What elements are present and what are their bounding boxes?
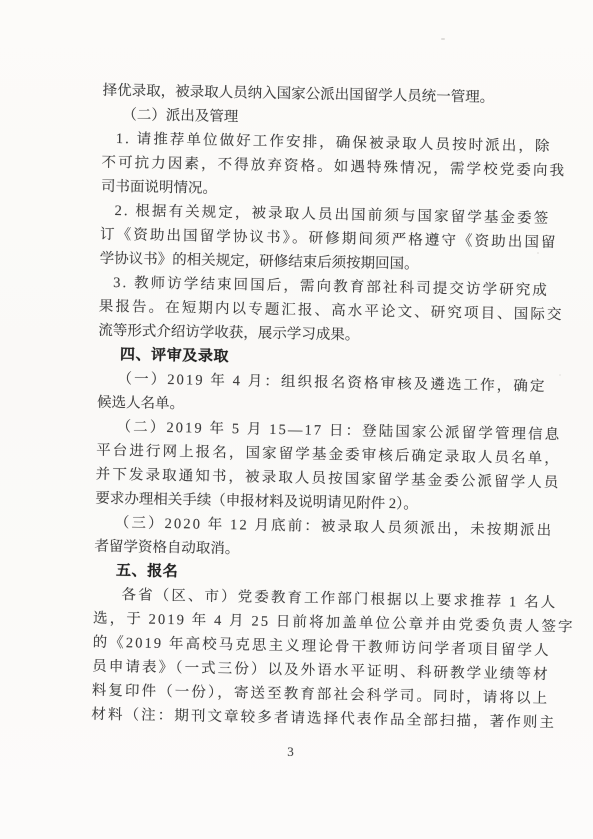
document-body: 择优录取，被录取人员纳入国家公派出国留学人员统一管理。（二）派出及管理1. 请推… <box>91 79 573 736</box>
scanned-document-page: 择优录取，被录取人员纳入国家公派出国留学人员统一管理。（二）派出及管理1. 请推… <box>0 0 593 839</box>
scan-artifact-speck <box>441 38 445 40</box>
page-number: 3 <box>0 743 587 761</box>
